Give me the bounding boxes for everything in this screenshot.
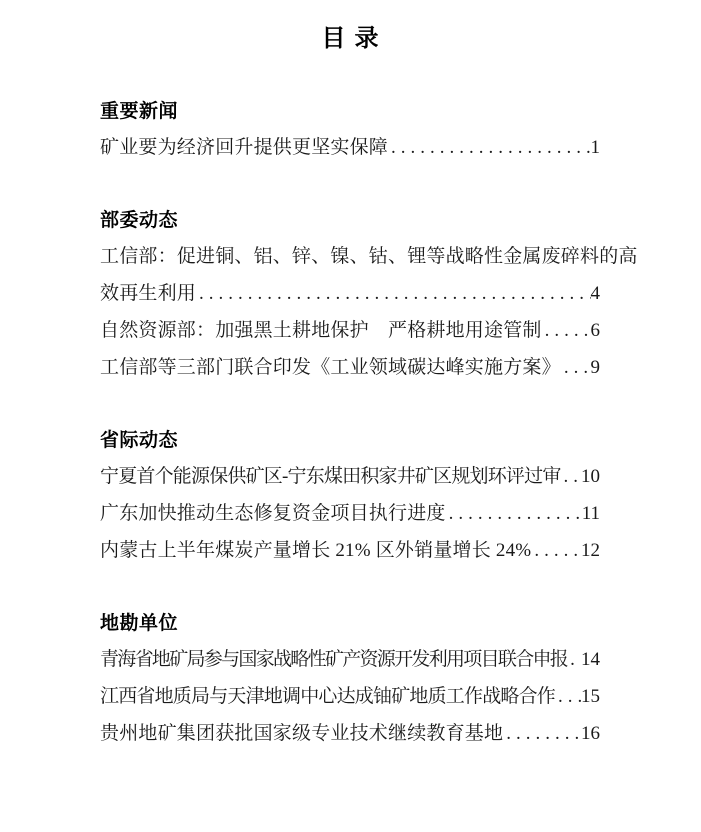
toc-section-geological-units: 地勘单位 青海省地矿局参与国家战略性矿产资源开发利用项目联合申报 .......… — [100, 612, 600, 752]
toc-entry[interactable]: 工信部等三部门联合印发《工业领域碳达峰实施方案》 ...............… — [100, 349, 600, 386]
dot-leader: ........................................… — [561, 458, 581, 495]
toc-content: 目录 重要新闻 矿业要为经济回升提供更坚实保障 ................… — [0, 0, 701, 752]
section-entries: 矿业要为经济回升提供更坚实保障 ........................… — [100, 129, 600, 166]
entry-title: 自然资源部：加强黑土耕地保护 严格耕地用途管制 — [100, 312, 542, 349]
toc-entry[interactable]: 江西省地质局与天津地调中心达成铀矿地质工作战略合作 ..............… — [100, 678, 600, 715]
entry-title: 广东加快推动生态修复资金项目执行进度 — [100, 495, 446, 532]
dot-leader: ........................................… — [388, 129, 590, 166]
page-number: 1 — [591, 129, 601, 166]
page-number: 14 — [581, 641, 600, 678]
page-number: 9 — [591, 349, 601, 386]
page-number: 6 — [591, 312, 601, 349]
page-number: 15 — [581, 678, 600, 715]
document-page: 目录 重要新闻 矿业要为经济回升提供更坚实保障 ................… — [0, 0, 701, 832]
entry-title: 矿业要为经济回升提供更坚实保障 — [100, 129, 388, 166]
section-header: 重要新闻 — [100, 100, 600, 124]
dot-leader: ........................................… — [196, 275, 590, 312]
dot-leader: ........................................… — [561, 349, 591, 386]
entry-title: 青海省地矿局参与国家战略性矿产资源开发利用项目联合申报 — [100, 641, 567, 678]
page-number: 11 — [582, 495, 600, 532]
page-number: 16 — [581, 715, 600, 752]
toc-section-ministry-news: 部委动态 工信部：促进铜、铝、锌、镍、钴、锂等战略性金属废碎料的高 效再生利用 … — [100, 209, 600, 386]
entry-title: 工信部等三部门联合印发《工业领域碳达峰实施方案》 — [100, 349, 561, 386]
entry-title: 效再生利用 — [100, 275, 196, 312]
toc-entry[interactable]: 自然资源部：加强黑土耕地保护 严格耕地用途管制 ................… — [100, 312, 600, 349]
table-of-contents: 重要新闻 矿业要为经济回升提供更坚实保障 ...................… — [100, 100, 600, 752]
entry-title: 宁夏首个能源保供矿区-宁东煤田积家井矿区规划环评过审 — [100, 458, 561, 495]
entry-title: 内蒙古上半年煤炭产量增长 21% 区外销量增长 24% — [100, 532, 531, 569]
page-number: 10 — [581, 458, 600, 495]
page-title: 目录 — [100, 24, 600, 54]
page-number: 4 — [591, 275, 601, 312]
section-header: 部委动态 — [100, 209, 600, 233]
dot-leader: ........................................… — [446, 495, 582, 532]
toc-entry[interactable]: 工信部：促进铜、铝、锌、镍、钴、锂等战略性金属废碎料的高 效再生利用 .....… — [100, 238, 600, 312]
entry-title: 贵州地矿集团获批国家级专业技术继续教育基地 — [100, 715, 503, 752]
toc-entry[interactable]: 宁夏首个能源保供矿区-宁东煤田积家井矿区规划环评过审 .............… — [100, 458, 600, 495]
toc-entry[interactable]: 内蒙古上半年煤炭产量增长 21% 区外销量增长 24% ............… — [100, 532, 600, 569]
toc-entry[interactable]: 贵州地矿集团获批国家级专业技术继续教育基地 ..................… — [100, 715, 600, 752]
dot-leader: ........................................… — [503, 715, 581, 752]
toc-section-provincial-news: 省际动态 宁夏首个能源保供矿区-宁东煤田积家井矿区规划环评过审 ........… — [100, 429, 600, 569]
dot-leader: ........................................… — [567, 641, 581, 678]
toc-section-important-news: 重要新闻 矿业要为经济回升提供更坚实保障 ...................… — [100, 100, 600, 166]
section-entries: 宁夏首个能源保供矿区-宁东煤田积家井矿区规划环评过审 .............… — [100, 458, 600, 569]
section-entries: 青海省地矿局参与国家战略性矿产资源开发利用项目联合申报 ............… — [100, 641, 600, 752]
toc-entry[interactable]: 广东加快推动生态修复资金项目执行进度 .....................… — [100, 495, 600, 532]
dot-leader: ........................................… — [555, 678, 581, 715]
section-header: 地勘单位 — [100, 612, 600, 636]
section-entries: 工信部：促进铜、铝、锌、镍、钴、锂等战略性金属废碎料的高 效再生利用 .....… — [100, 238, 600, 386]
dot-leader: ........................................… — [542, 312, 591, 349]
page-number: 12 — [581, 532, 600, 569]
dot-leader: ........................................… — [531, 532, 581, 569]
entry-title-wrapped-line: 工信部：促进铜、铝、锌、镍、钴、锂等战略性金属废碎料的高 — [100, 238, 600, 275]
section-header: 省际动态 — [100, 429, 600, 453]
entry-title: 江西省地质局与天津地调中心达成铀矿地质工作战略合作 — [100, 678, 555, 715]
toc-entry[interactable]: 矿业要为经济回升提供更坚实保障 ........................… — [100, 129, 600, 166]
toc-entry[interactable]: 青海省地矿局参与国家战略性矿产资源开发利用项目联合申报 ............… — [100, 641, 600, 678]
